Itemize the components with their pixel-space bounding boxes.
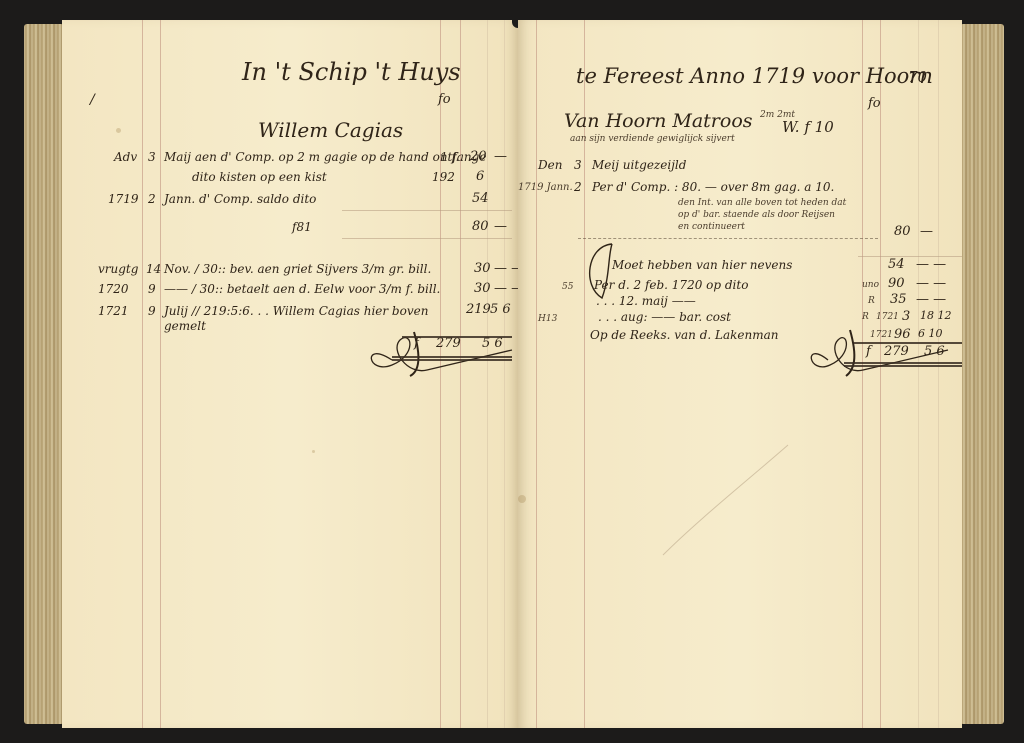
page-heading: In 't Schip 't Huys [242, 58, 461, 86]
faint-stray-stroke [658, 440, 798, 560]
subtotal-line [858, 256, 962, 257]
right-page: te Fereest Anno 1719 voor Hoorn 70 fo Va… [518, 20, 962, 728]
folio-mark: fo [868, 96, 881, 111]
total-double-line [844, 365, 962, 367]
margin-rule [142, 20, 143, 728]
margin-rule [536, 20, 537, 728]
date-rule [160, 20, 161, 728]
margin-tick: / [90, 92, 95, 108]
account-name: Willem Cagias [258, 118, 403, 142]
paper-stain [312, 450, 315, 453]
account-subtitle: aan sijn verdiende gewiglijck sijvert [570, 134, 735, 144]
entry-continuation: op d' bar. staende als door Reijsen [678, 210, 835, 220]
paper-stain [518, 495, 526, 503]
right-page-edges [960, 24, 1004, 724]
page-number: 70 [908, 68, 927, 86]
left-page: In 't Schip 't Huys / fo Willem Cagias A… [62, 20, 518, 728]
total-double-line [844, 362, 962, 364]
paper-stain [116, 128, 121, 133]
page-heading: te Fereest Anno 1719 voor Hoorn [576, 64, 933, 88]
left-page-edges [24, 24, 64, 724]
subtotal-line [342, 238, 512, 239]
total-double-line [392, 356, 512, 358]
total-double-line [392, 359, 512, 361]
open-ledger-book: In 't Schip 't Huys / fo Willem Cagias A… [24, 20, 1004, 728]
entry-continuation: den Int. van alle boven tot heden dat [678, 198, 846, 208]
folio-mark: fo [438, 92, 451, 107]
account-name: Van Hoorn Matroos [564, 110, 753, 132]
dotted-leader [578, 238, 878, 240]
subtotal-line [342, 210, 512, 211]
monthly-wage: W. f 10 [782, 118, 834, 136]
